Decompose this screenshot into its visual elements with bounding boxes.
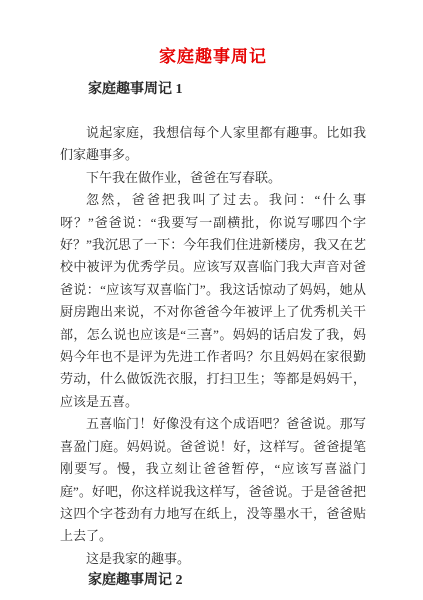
document-page: 家庭趣事周记 家庭趣事周记 1 说起家庭，我想信每个人家里都有趣事。比如我们家趣… [0,0,423,600]
paragraph-closing: 这是我家的趣事。 [60,548,366,570]
document-body: 说起家庭，我想信每个人家里都有趣事。比如我们家趣事多。 下午我在做作业，爸爸在写… [60,122,366,593]
paragraph-intro: 说起家庭，我想信每个人家里都有趣事。比如我们家趣事多。 [60,122,366,167]
paragraph-five-joys: 五喜临门！好像没有这个成语吧？爸爸说。那写喜盈门庭。妈妈说。爸爸说！好，这样写。… [60,413,366,547]
section-heading-1: 家庭趣事周记 1 [60,80,366,100]
paragraph-couplet-story: 忽然，爸爸把我叫了过去。我问：“什么事呀？”爸爸说：“我要写一副横批，你说写哪四… [60,189,366,413]
section-heading-2: 家庭趣事周记 2 [60,570,366,592]
page-title: 家庭趣事周记 [60,46,366,68]
paragraph-afternoon: 下午我在做作业，爸爸在写春联。 [60,167,366,189]
